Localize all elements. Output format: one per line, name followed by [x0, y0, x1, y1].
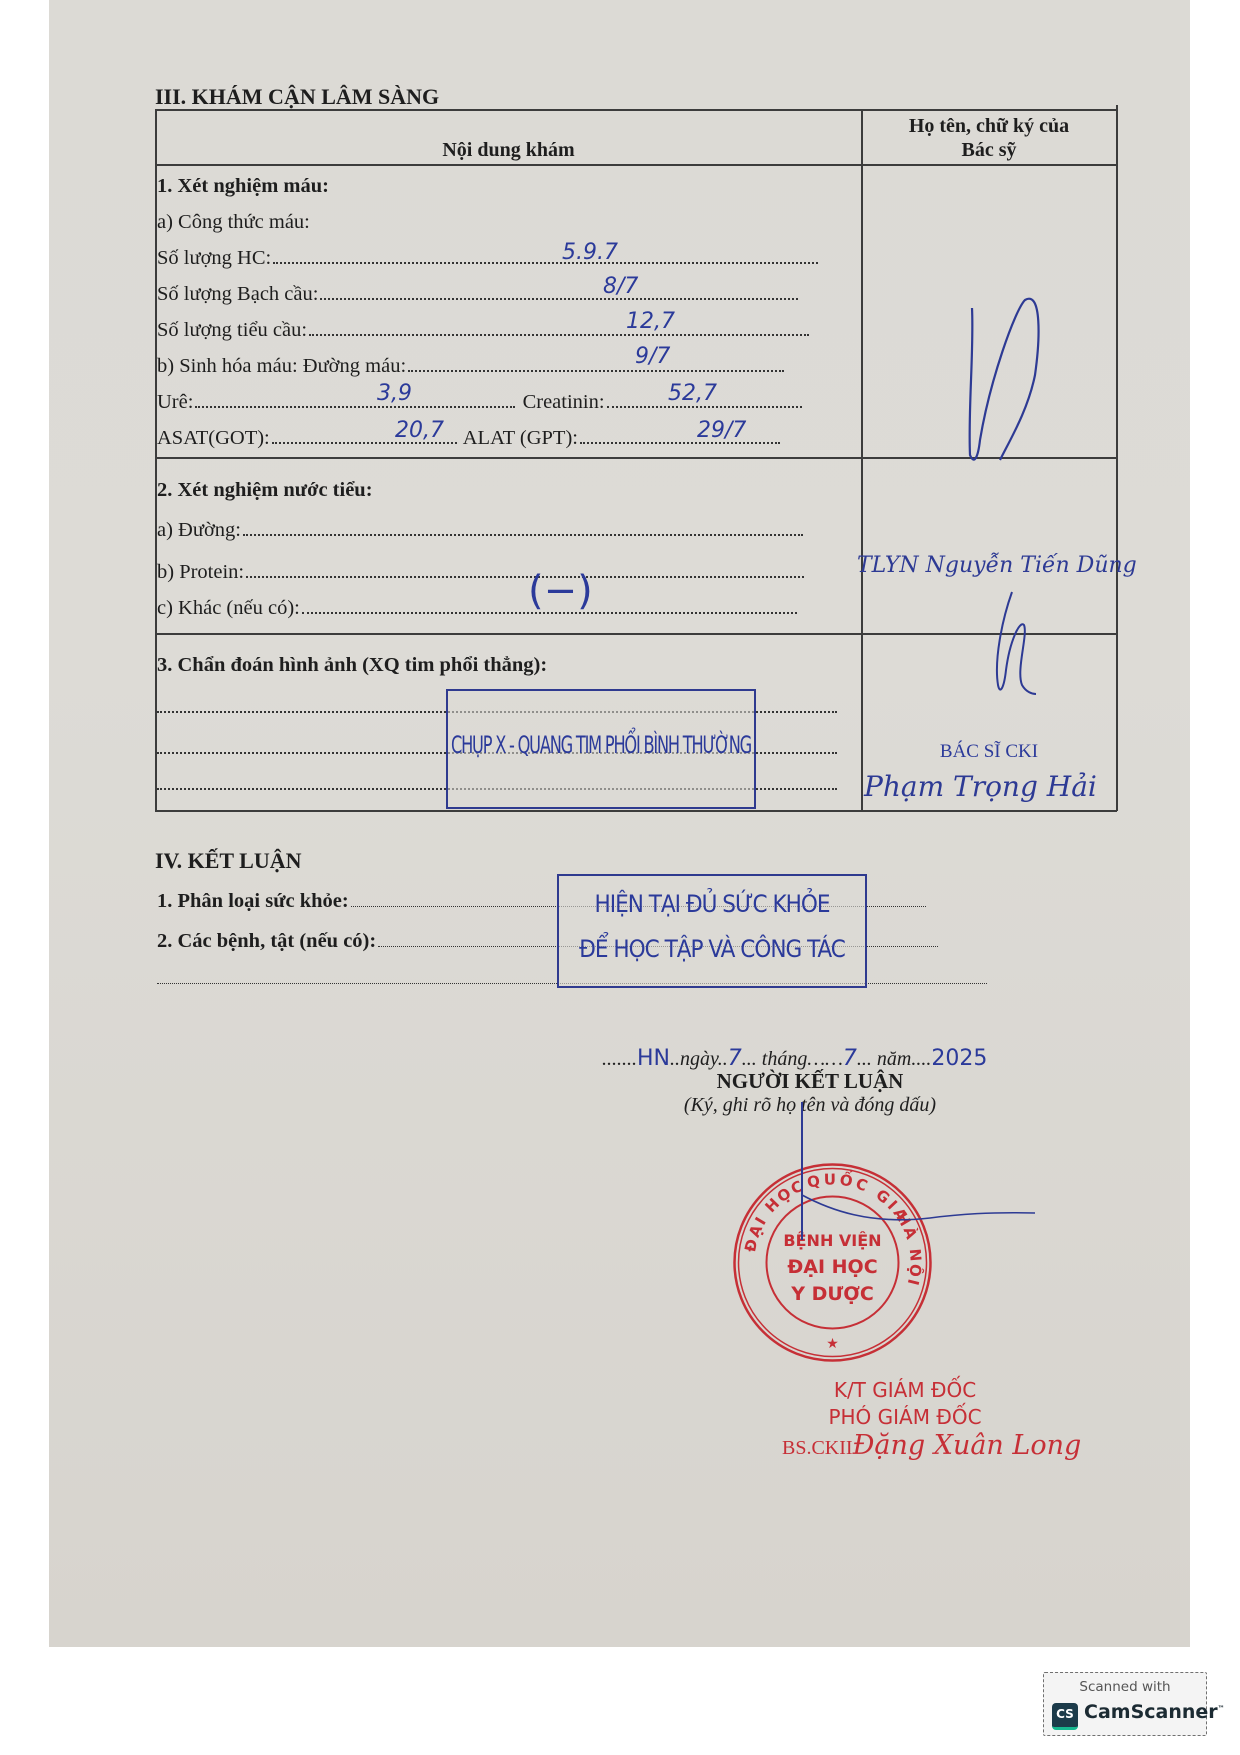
- doctor-2-signature: [990, 590, 1040, 700]
- diseases-label: 2. Các bệnh, tật (nếu có):: [157, 930, 376, 952]
- blood-test-title: 1. Xét nghiệm máu:: [157, 174, 329, 198]
- doctor-2-name-stamp: TLYN Nguyễn Tiến Dũng: [857, 553, 1137, 578]
- date-month: 7: [843, 1046, 857, 1071]
- urea-value: 3,9: [377, 381, 412, 406]
- platelet-label: Số lượng tiểu cầu:: [157, 319, 307, 341]
- protein-row: b) Protein:: [157, 560, 806, 584]
- platelet-row: Số lượng tiểu cầu:: [157, 318, 811, 342]
- doctor-1-signature: [960, 290, 1050, 470]
- date-line: .......HN..ngày..7... tháng……7... năm...…: [602, 1046, 987, 1071]
- cbc-label: a) Công thức máu:: [157, 210, 310, 234]
- xray-result-stamp: CHỤP X - QUANG TIM PHỔI BÌNH THƯỜNG: [446, 689, 756, 809]
- glucose-row: b) Sinh hóa máu: Đường máu:: [157, 354, 786, 378]
- date-year: 2025: [931, 1046, 987, 1071]
- director-line2: PHÓ GIÁM ĐỐC: [770, 1405, 1040, 1429]
- director-signature: [790, 1100, 1050, 1250]
- imaging-title: 3. Chẩn đoán hình ảnh (XQ tim phổi thẳng…: [157, 653, 547, 677]
- section-4-title: IV. KẾT LUẬN: [155, 848, 302, 874]
- urine-test-title: 2. Xét nghiệm nước tiểu:: [157, 478, 373, 502]
- urine-glucose-row: a) Đường:: [157, 518, 805, 542]
- doctor-column-header-line1: Họ tên, chữ ký của: [862, 115, 1116, 137]
- watermark-brand: CamScanner™: [1084, 1701, 1225, 1723]
- asat-value: 20,7: [395, 418, 444, 443]
- alat-label: ALAT (GPT):: [463, 427, 578, 449]
- content-column-header: Nội dung khám: [156, 139, 861, 161]
- other-label: c) Khác (nếu có):: [157, 597, 300, 619]
- creatinin-label: Creatinin:: [523, 391, 605, 413]
- director-name: Đặng Xuân Long: [853, 1430, 1082, 1461]
- platelet-value: 12,7: [626, 309, 675, 334]
- date-place: HN: [637, 1046, 670, 1071]
- wbc-row: Số lượng Bạch cầu:: [157, 282, 800, 306]
- seal-center-line3: Y DƯỢC: [790, 1283, 874, 1305]
- year-label: năm: [877, 1048, 911, 1070]
- wbc-value: 8/7: [603, 274, 638, 299]
- section-3-title: III. KHÁM CẬN LÂM SÀNG: [155, 84, 439, 110]
- doctor-3-name: Phạm Trọng Hải: [864, 770, 1097, 803]
- seal-center-line2: ĐẠI HỌC: [787, 1256, 877, 1278]
- concluder-title: NGƯỜI KẾT LUẬN: [660, 1069, 960, 1094]
- watermark-caption: Scanned with: [1044, 1679, 1206, 1695]
- rbc-label: Số lượng HC:: [157, 247, 271, 269]
- health-class-label: 1. Phân loại sức khỏe:: [157, 890, 349, 912]
- asat-alat-row: ASAT(GOT): ALAT (GPT):: [157, 426, 782, 450]
- protein-label: b) Protein:: [157, 561, 244, 583]
- glucose-value: 9/7: [635, 344, 670, 369]
- date-day: 7: [728, 1046, 742, 1071]
- camscanner-watermark: Scanned with CS CamScanner™: [1043, 1672, 1207, 1736]
- conclusion-stamp-line2: ĐỂ HỌC TẬP VÀ CÔNG TÁC: [559, 935, 865, 963]
- doctor-3-title: BÁC SĨ CKI: [862, 741, 1116, 763]
- xray-result-text: CHỤP X - QUANG TIM PHỔI BÌNH THƯỜNG: [448, 731, 754, 759]
- seal-star-icon: ★: [826, 1336, 839, 1352]
- doctor-column-header-line2: Bác sỹ: [862, 139, 1116, 161]
- asat-label: ASAT(GOT):: [157, 427, 270, 449]
- conclusion-stamp: HIỆN TẠI ĐỦ SỨC KHỎE ĐỂ HỌC TẬP VÀ CÔNG …: [557, 874, 867, 988]
- director-prefix: BS.CKII: [782, 1437, 853, 1459]
- other-row: c) Khác (nếu có):: [157, 596, 799, 620]
- day-label: ngày: [680, 1048, 718, 1070]
- rbc-value: 5.9.7: [562, 240, 618, 265]
- creatinin-value: 52,7: [668, 381, 717, 406]
- conclusion-stamp-line1: HIỆN TẠI ĐỦ SỨC KHỎE: [559, 890, 865, 918]
- director-name-line: BS.CKIIĐặng Xuân Long: [782, 1430, 1081, 1461]
- wbc-label: Số lượng Bạch cầu:: [157, 283, 318, 305]
- rbc-row: Số lượng HC:: [157, 246, 820, 270]
- alat-value: 29/7: [697, 418, 746, 443]
- urea-label: Urê:: [157, 391, 193, 413]
- urine-glucose-label: a) Đường:: [157, 519, 241, 541]
- month-label: tháng: [762, 1048, 808, 1070]
- camscanner-logo-icon: CS: [1052, 1703, 1078, 1730]
- glucose-label: b) Sinh hóa máu: Đường máu:: [157, 355, 406, 377]
- protein-handwritten-mark: (−): [528, 568, 593, 614]
- director-line1: K/T GIÁM ĐỐC: [770, 1378, 1040, 1402]
